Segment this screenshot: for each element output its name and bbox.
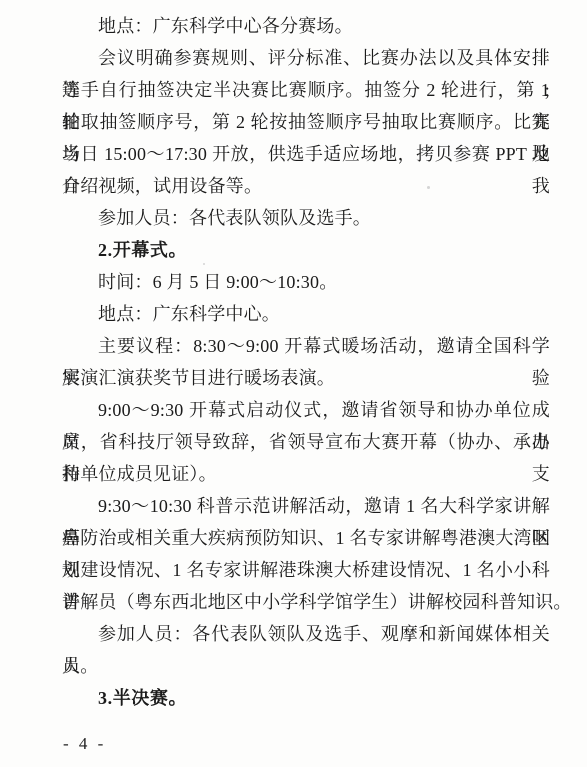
- section-heading: 3.半决赛。: [62, 682, 550, 714]
- text-line: 癌防治或相关重大疾病预防知识、1 名专家讲解粤港澳大湾区规: [62, 522, 550, 554]
- text-line: 时间：6 月 5 日 9:00～10:30。: [62, 266, 550, 298]
- text-line: 地点：广东科学中心。: [62, 298, 550, 330]
- scan-speckle: [203, 263, 205, 265]
- paragraph: 2.开幕式。: [62, 234, 550, 266]
- text-line: 席，省科技厅领导致辞，省领导宣布大赛开幕（协办、承办和支: [62, 426, 550, 458]
- document-body: 地点：广东科学中心各分赛场。 会议明确参赛规则、评分标准、比赛办法以及具体安排等…: [62, 10, 550, 714]
- paragraph: 主要议程：8:30～9:00 开幕式暖场活动，邀请全国科学实验 展演汇演获奖节目…: [62, 330, 550, 394]
- page-number: - 4 -: [63, 734, 106, 754]
- document-page: 地点：广东科学中心各分赛场。 会议明确参赛规则、评分标准、比赛办法以及具体安排等…: [0, 0, 587, 767]
- text-line: 讲解员（粤东西北地区中小学科学馆学生）讲解校园科普知识。: [62, 586, 550, 618]
- text-line: 参加人员：各代表队领队及选手、观摩和新闻媒体相关人: [62, 618, 550, 650]
- paragraph: 地点：广东科学中心。: [62, 298, 550, 330]
- paragraph: 参加人员：各代表队领队及选手、观摩和新闻媒体相关人 员。: [62, 618, 550, 682]
- paragraph: 9:00～9:30 开幕式启动仪式，邀请省领导和协办单位成员出 席，省科技厅领导…: [62, 394, 550, 490]
- text-line: 9:00～9:30 开幕式启动仪式，邀请省领导和协办单位成员出: [62, 394, 550, 426]
- paragraph: 地点：广东科学中心各分赛场。: [62, 10, 550, 42]
- paragraph: 参加人员：各代表队领队及选手。: [62, 202, 550, 234]
- section-heading: 2.开幕式。: [62, 234, 550, 266]
- text-line: 当日 15:00～17:30 开放，供选手适应场地，拷贝参赛 PPT 及自我: [62, 138, 550, 170]
- paragraph: 3.半决赛。: [62, 682, 550, 714]
- text-line: 抽取抽签顺序号，第 2 轮按抽签顺序号抽取比赛顺序。比赛场地: [62, 106, 550, 138]
- text-line: 地点：广东科学中心各分赛场。: [62, 10, 550, 42]
- text-line: 参加人员：各代表队领队及选手。: [62, 202, 550, 234]
- scan-speckle: [427, 186, 430, 189]
- text-line: 9:30～10:30 科普示范讲解活动，邀请 1 名大科学家讲解鼻咽: [62, 490, 550, 522]
- text-line: 员。: [62, 650, 550, 682]
- paragraph: 会议明确参赛规则、评分标准、比赛办法以及具体安排等; 选手自行抽签决定半决赛比赛…: [62, 42, 550, 202]
- text-line: 划建设情况、1 名专家讲解港珠澳大桥建设情况、1 名小小科普: [62, 554, 550, 586]
- text-line: 选手自行抽签决定半决赛比赛顺序。抽签分 2 轮进行，第 1 轮先: [62, 74, 550, 106]
- paragraph: 时间：6 月 5 日 9:00～10:30。: [62, 266, 550, 298]
- paragraph: 9:30～10:30 科普示范讲解活动，邀请 1 名大科学家讲解鼻咽 癌防治或相…: [62, 490, 550, 618]
- text-line: 主要议程：8:30～9:00 开幕式暖场活动，邀请全国科学实验: [62, 330, 550, 362]
- text-line: 会议明确参赛规则、评分标准、比赛办法以及具体安排等;: [62, 42, 550, 74]
